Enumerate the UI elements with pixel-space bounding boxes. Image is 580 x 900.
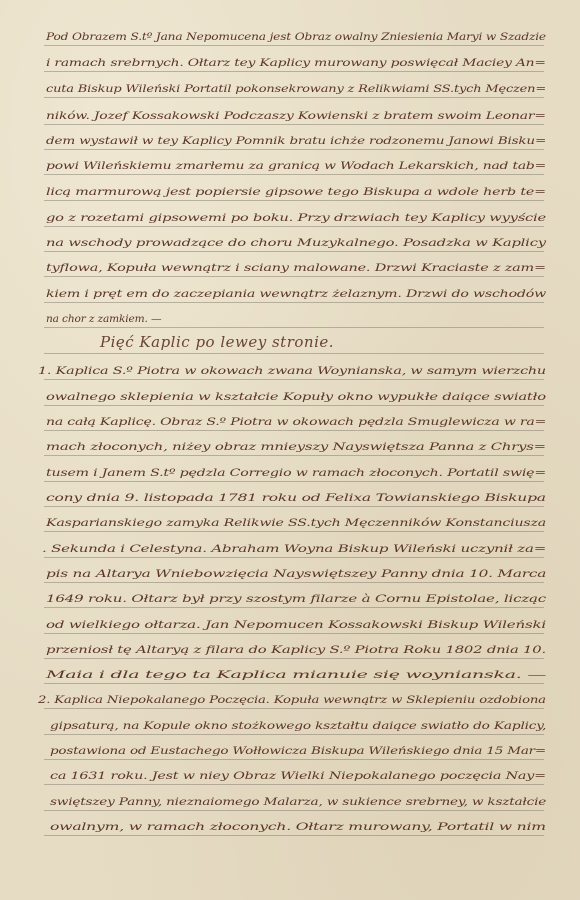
handwritten-text: mach złoconych, niżey obraz mnieyszy Nay…: [46, 441, 546, 453]
handwritten-text: na chor z zamkiem. —: [46, 313, 161, 325]
text-line: ca 1631 roku. Jest w niey Obraz Wielki N…: [0, 759, 580, 788]
section-heading: Pięć Kaplic po lewey stronie.: [100, 333, 334, 351]
section-heading-line: Pięć Kaplic po lewey stronie.: [0, 328, 580, 357]
handwritten-text: cony dnia 9. listopada 1781 roku od Feli…: [46, 492, 546, 504]
handwritten-text: licą marmurową jest popiersie gipsowe te…: [46, 186, 546, 198]
handwritten-text: powi Wileńskiemu zmarłemu za granicą w W…: [46, 160, 546, 172]
text-line: Kasparianskiego zamyka Relikwie SS.tych …: [0, 506, 580, 535]
handwritten-text: tyflowa, Kopuła wewnątrz i sciany malowa…: [46, 262, 546, 274]
ruled-line: [44, 97, 544, 98]
handwritten-text: kiem i pręt em do zaczepiania wewnątrz ż…: [46, 288, 546, 300]
handwritten-text: 1649 roku. Ołtarz był przy szostym filar…: [46, 593, 546, 605]
handwritten-text: ca 1631 roku. Jest w niey Obraz Wielki N…: [50, 770, 546, 782]
handwritten-text: i ramach srebrnych. Ołtarz tey Kaplicy m…: [46, 57, 546, 69]
handwritten-text: cuta Biskup Wileński Portatil pokonsekro…: [46, 83, 546, 95]
handwritten-text: gipsaturą, na Kopule okno stożkowego ksz…: [50, 720, 546, 732]
handwritten-text: owalnym, w ramach złoconych. Ołtarz muro…: [50, 821, 546, 833]
text-line: powi Wileńskiemu zmarłemu za granicą w W…: [0, 149, 580, 178]
handwritten-text: postawiona od Eustachego Wołłowicza Bisk…: [50, 745, 546, 757]
handwritten-text: przeniosł tę Altaryą z filara do Kaplicy…: [46, 644, 546, 656]
text-line: 1. Kaplica S.º Piotra w okowach zwana Wo…: [0, 354, 580, 383]
text-line: i ramach srebrnych. Ołtarz tey Kaplicy m…: [0, 46, 580, 75]
handwritten-text: pis na Altarya Wniebowzięcia Nayswiętsze…: [46, 568, 546, 580]
handwritten-text: dem wystawił w tey Kaplicy Pomnik bratu …: [46, 135, 546, 147]
handwritten-text: swiętszey Panny, nieznaiomego Malarza, w…: [50, 796, 546, 808]
text-line: owalnym, w ramach złoconych. Ołtarz muro…: [0, 810, 580, 839]
handwritten-text: 1. Kaplica S.º Piotra w okowach zwana Wo…: [38, 365, 546, 377]
handwritten-text: Kasparianskiego zamyka Relikwie SS.tych …: [46, 517, 546, 529]
handwritten-text: owalnego sklepienia w kształcie Kopuły o…: [46, 391, 546, 403]
handwritten-text: Maia i dla tego ta Kaplica mianuie się w…: [46, 669, 546, 681]
text-line: Pod Obrazem S.tº Jana Nepomucena jest Ob…: [0, 20, 580, 49]
text-line: na chor z zamkiem. —: [0, 302, 580, 331]
handwritten-text: ników. Jozef Kossakowski Podczaszy Kowie…: [46, 110, 546, 122]
text-line: 2. Kaplica Niepokalanego Poczęcia. Kopuł…: [0, 683, 580, 712]
manuscript-page: Pod Obrazem S.tº Jana Nepomucena jest Ob…: [0, 0, 580, 900]
handwritten-text: Pod Obrazem S.tº Jana Nepomucena jest Ob…: [46, 31, 546, 43]
text-line: cuta Biskup Wileński Portatil pokonsekro…: [0, 72, 580, 101]
text-line: mach złoconych, niżey obraz mnieyszy Nay…: [0, 430, 580, 459]
handwritten-text: na wschody prowadzące do choru Muzykalne…: [46, 237, 546, 249]
text-line: 1649 roku. Ołtarz był przy szostym filar…: [0, 582, 580, 611]
ruled-line: [44, 835, 544, 836]
handwritten-text: go z rozetami gipsowemi po boku. Przy dr…: [46, 212, 546, 224]
handwritten-text: na całą Kaplicę. Obraz S.º Piotra w okow…: [46, 416, 546, 428]
handwritten-text: . Sekunda i Celestyna. Abraham Woyna Bis…: [42, 543, 546, 555]
handwritten-text: 2. Kaplica Niepokalanego Poczęcia. Kopuł…: [38, 694, 546, 706]
text-line: licą marmurową jest popiersie gipsowe te…: [0, 175, 580, 204]
text-line: tyflowa, Kopuła wewnątrz i sciany malowa…: [0, 251, 580, 280]
handwritten-text: od wielkiego ołtarza. Jan Nepomucen Koss…: [46, 619, 546, 631]
handwritten-text: tusem i Janem S.tº pędzla Corregio w ram…: [46, 467, 546, 479]
